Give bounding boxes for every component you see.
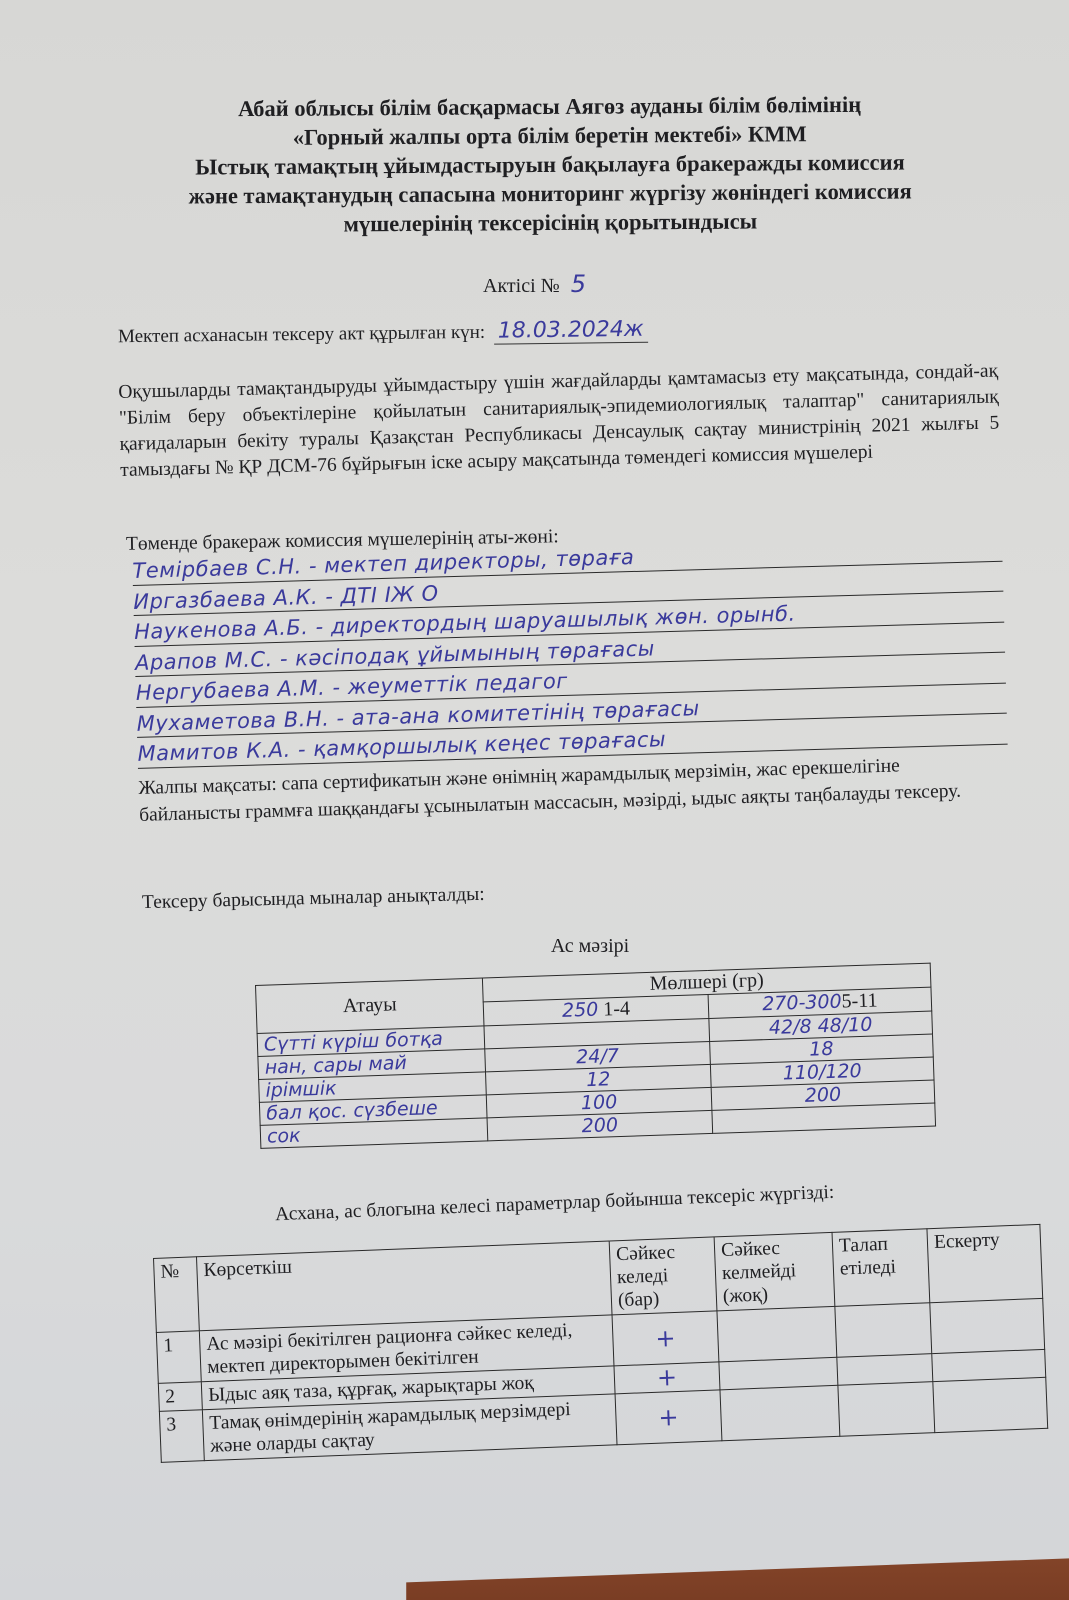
col-num-header: № [154, 1257, 200, 1333]
date-value: 18.03.2024ж [494, 317, 648, 345]
act-number-value: 5 [571, 270, 586, 298]
checklist-table: № Көрсеткіш Сәйкес келеді (бар) Сәйкес к… [153, 1224, 1048, 1463]
wooden-table-edge [0, 1520, 1069, 1600]
checklist-title: Асхана, ас блогына келесі параметрлар бо… [275, 1182, 835, 1226]
col-note-header: Ескерту [927, 1224, 1043, 1302]
col-no-header: Сәйкес келмейді (жоқ) [714, 1232, 835, 1310]
act-date: Мектеп асханасын тексеру акт құрылған кү… [118, 317, 648, 349]
document-header: Абай облысы білім басқармасы Аягөз аудан… [110, 89, 991, 240]
members-list: Темірбаев С.Н. - мектеп директоры, төрағ… [132, 531, 1008, 769]
col-required-header: Талап етіледі [832, 1229, 930, 1307]
act-label: Актісі № [483, 275, 560, 297]
col-name-header: Атауы [256, 978, 484, 1033]
menu-table: Атауы Мөлшері (гр) 250 1-4 270-3005-11 С… [255, 963, 936, 1149]
findings-label: Тексеру барысында мыналар анықталды: [142, 884, 485, 914]
col-yes-header: Сәйкес келеді (бар) [609, 1237, 717, 1315]
date-label: Мектеп асханасын тексеру акт құрылған кү… [118, 322, 485, 347]
header-line: Абай облысы білім басқармасы Аягөз аудан… [110, 89, 990, 124]
header-line: мүшелерінің тексерісінің қорытындысы [110, 205, 990, 240]
check-mark: + [615, 1390, 722, 1445]
check-mark: + [612, 1311, 719, 1366]
check-mark: + [614, 1362, 720, 1394]
document-page: Абай облысы білім басқармасы Аягөз аудан… [0, 0, 1069, 1600]
header-line: және тамақтанудың сапасына мониторинг жү… [110, 176, 990, 211]
intro-paragraph: Оқушыларды тамақтандыруды ұйымдастыру үш… [118, 358, 1000, 483]
menu-title: Ас мәзірі [0, 935, 1069, 958]
act-number: Актісі № 5 [0, 270, 1069, 298]
